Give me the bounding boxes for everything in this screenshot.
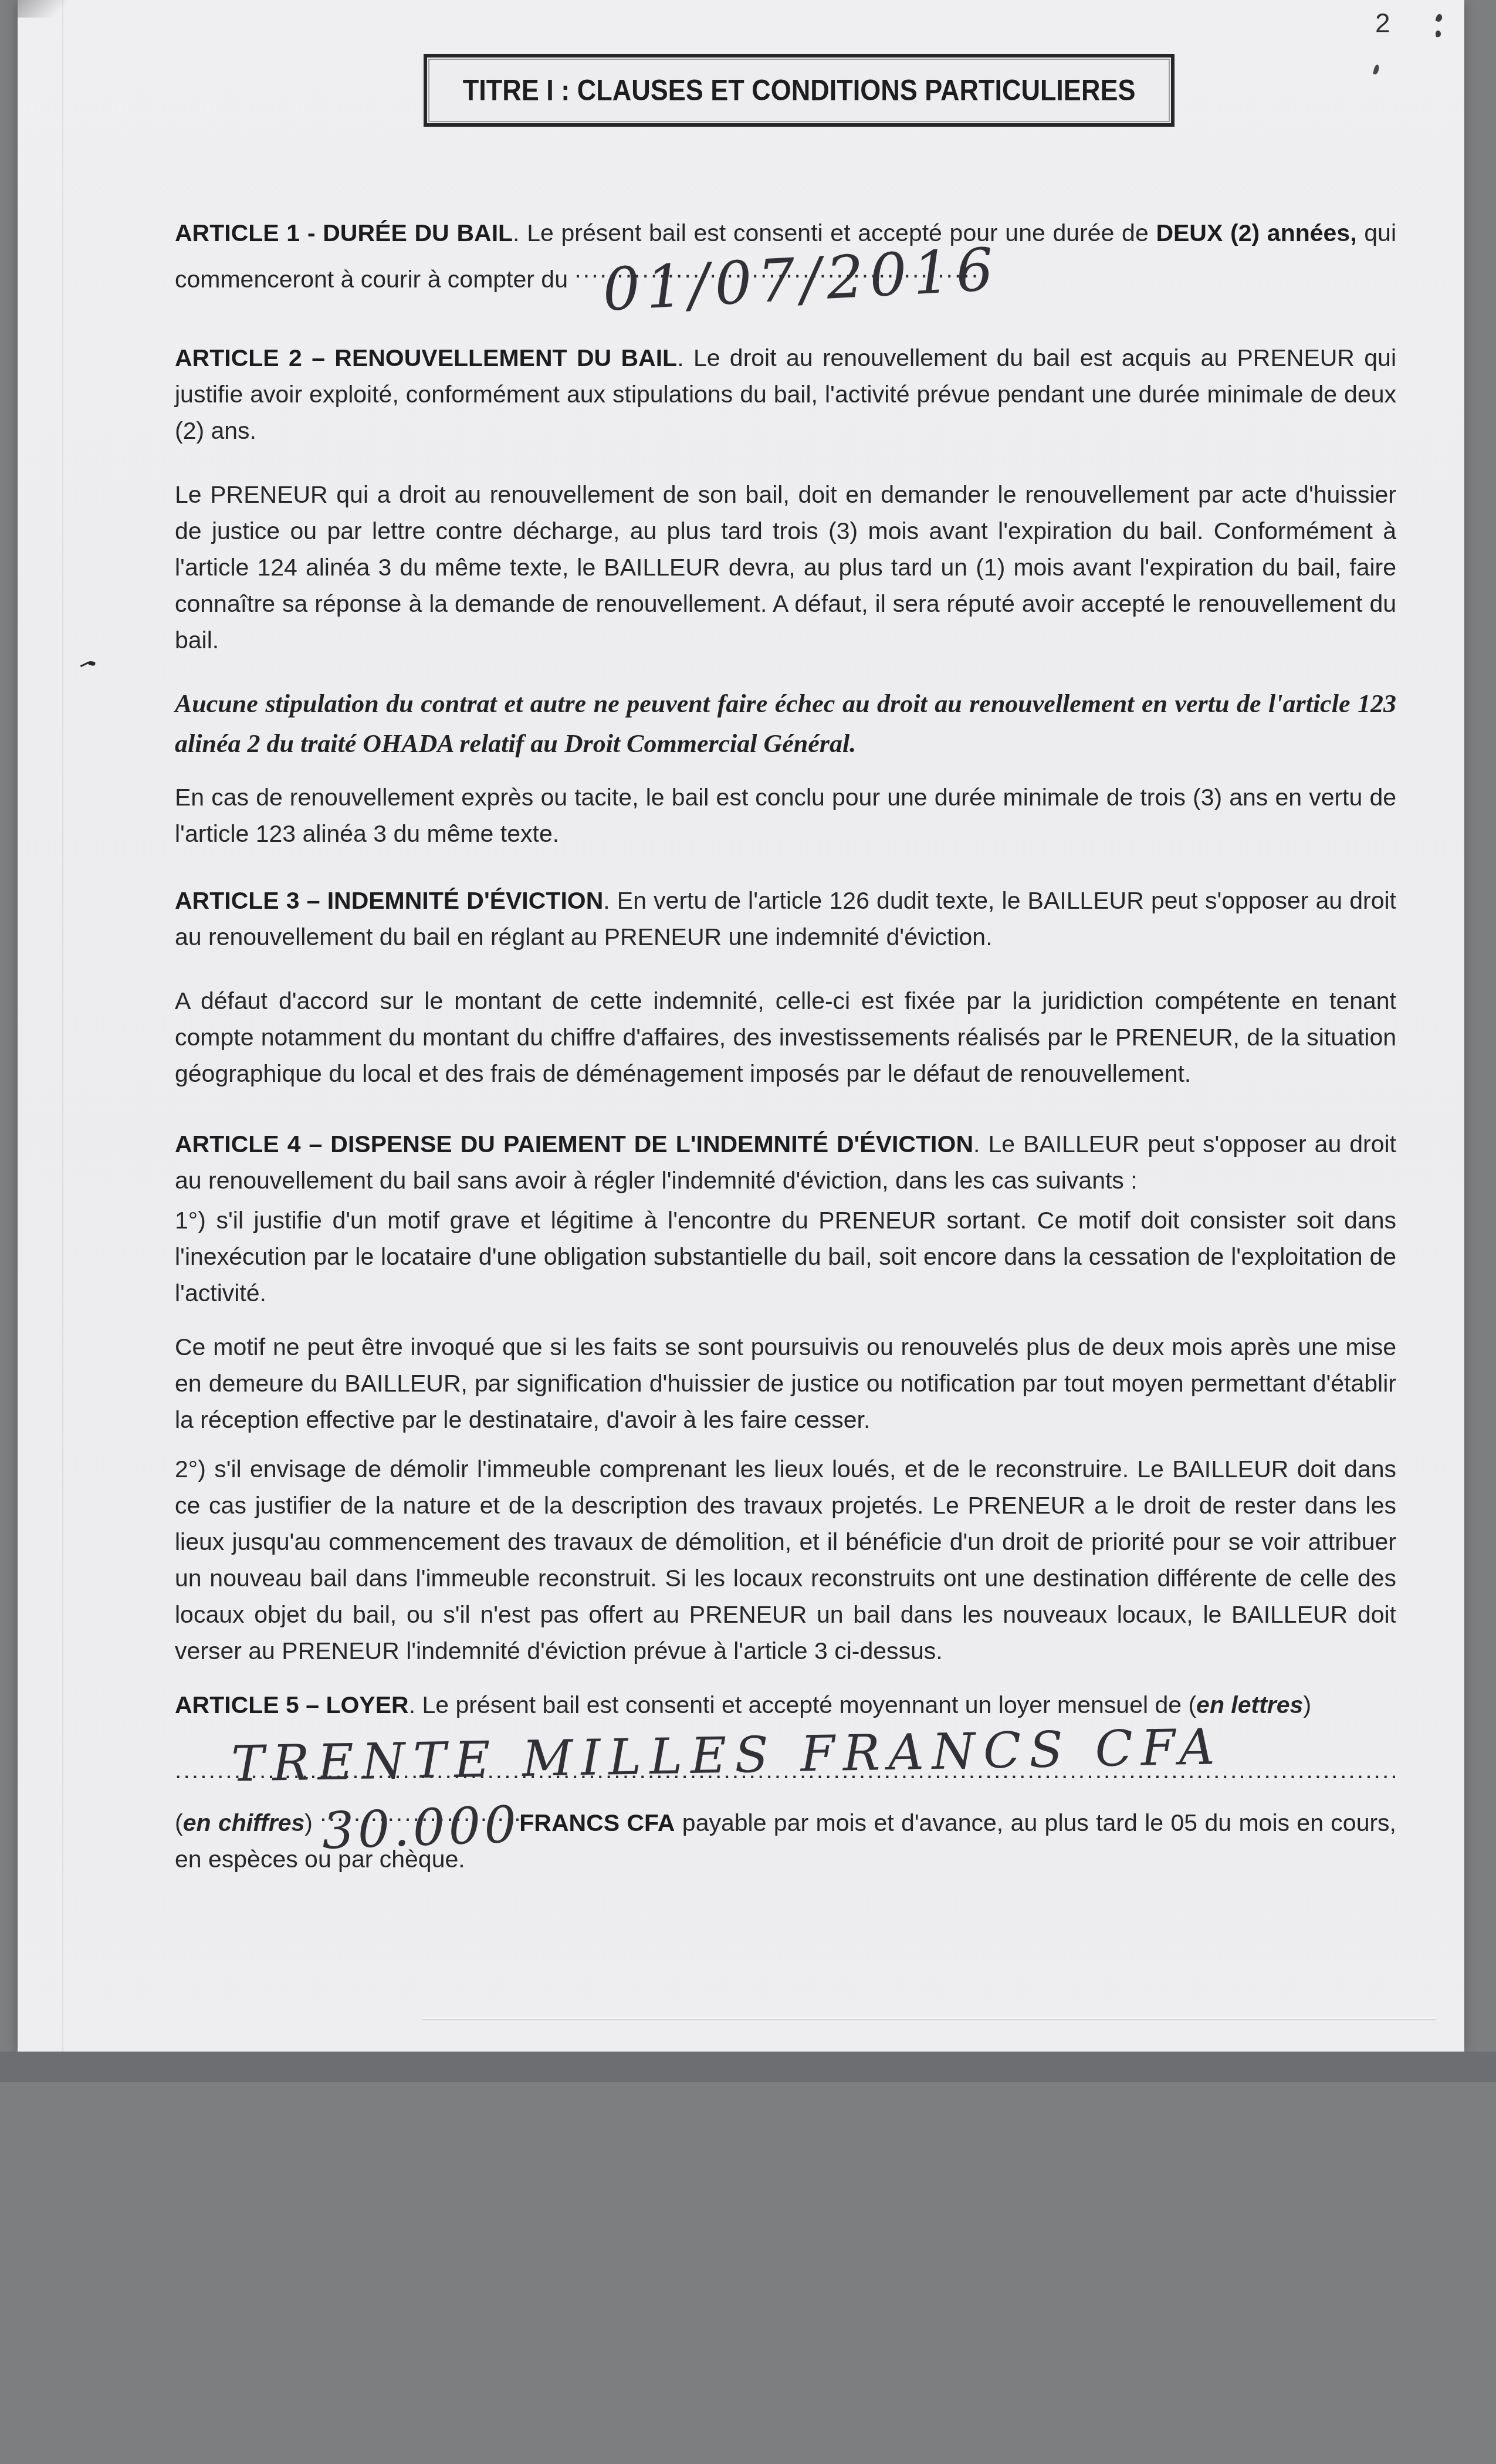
paper-crease xyxy=(422,2017,1435,2019)
article-3-heading: ARTICLE 3 – INDEMNITÉ D'ÉVICTION xyxy=(175,887,603,914)
amount-figures-paragraph: (en chiffres) ..........................… xyxy=(175,1795,1396,1877)
en-lettres-label: en lettres xyxy=(1196,1691,1303,1718)
paren-close: ) xyxy=(1303,1691,1311,1718)
paren-close: ) xyxy=(304,1809,320,1836)
title-box: TITRE I : CLAUSES ET CONDITIONS PARTICUL… xyxy=(424,54,1175,127)
renewal-request-paragraph: Le PRENEUR qui a droit au renouvellement… xyxy=(175,476,1396,658)
article-1-lead: . Le présent bail est consenti et accept… xyxy=(513,219,1156,246)
article-4-paragraph: ARTICLE 4 – DISPENSE DU PAIEMENT DE L'IN… xyxy=(175,1126,1396,1199)
article-3-paragraph: ARTICLE 3 – INDEMNITÉ D'ÉVICTION. En ver… xyxy=(175,882,1396,955)
article-1-duration-bold: DEUX (2) années, xyxy=(1156,219,1356,246)
francs-cfa-bold: FRANCS CFA xyxy=(519,1809,675,1836)
motive-1-paragraph: 1°) s'il justifie d'un motif grave et lé… xyxy=(175,1202,1396,1311)
article-5-heading: ARTICLE 5 – LOYER xyxy=(175,1691,409,1718)
dotted-line-date: ........................................… xyxy=(574,251,979,287)
handwritten-date: 01/07/2016 xyxy=(602,251,1000,308)
en-chiffres-label: en chiffres xyxy=(183,1809,305,1836)
tacit-renewal-paragraph: En cas de renouvellement exprès ou tacit… xyxy=(175,779,1396,852)
article-5-lead: . Le présent bail est consenti et accept… xyxy=(409,1691,1196,1718)
document-body: TITRE I : CLAUSES ET CONDITIONS PARTICUL… xyxy=(18,0,1464,1907)
handwritten-amount-figures: 30.000 xyxy=(321,1806,520,1850)
article-2-paragraph: ARTICLE 2 – RENOUVELLEMENT DU BAIL. Le d… xyxy=(175,340,1396,449)
document-title: TITRE I : CLAUSES ET CONDITIONS PARTICUL… xyxy=(463,73,1136,107)
article-1-paragraph: ARTICLE 1 - DURÉE DU BAIL. Le présent ba… xyxy=(175,215,1396,297)
article-4-heading: ARTICLE 4 – DISPENSE DU PAIEMENT DE L'IN… xyxy=(175,1131,973,1157)
scanner-bed-shadow xyxy=(0,2052,1496,2082)
article-1-heading: ARTICLE 1 - DURÉE DU BAIL xyxy=(175,219,513,246)
paren-open: ( xyxy=(175,1809,183,1836)
indemnity-amount-paragraph: A défaut d'accord sur le montant de cett… xyxy=(175,983,1396,1092)
motive-2-paragraph: 2°) s'il envisage de démolir l'immeuble … xyxy=(175,1451,1396,1669)
amount-words-line: ........................................… xyxy=(175,1725,1396,1784)
scanned-page: 2 TITRE I : CLAUSES ET CONDITIONS PARTIC… xyxy=(18,0,1464,2052)
dotted-line-figures: ..........................30.000 xyxy=(320,1795,519,1831)
motive-1-condition-paragraph: Ce motif ne peut être invoqué que si les… xyxy=(175,1329,1396,1438)
ohada-clause-paragraph: Aucune stipulation du contrat et autre n… xyxy=(175,684,1396,764)
article-2-heading: ARTICLE 2 – RENOUVELLEMENT DU BAIL xyxy=(175,344,677,371)
